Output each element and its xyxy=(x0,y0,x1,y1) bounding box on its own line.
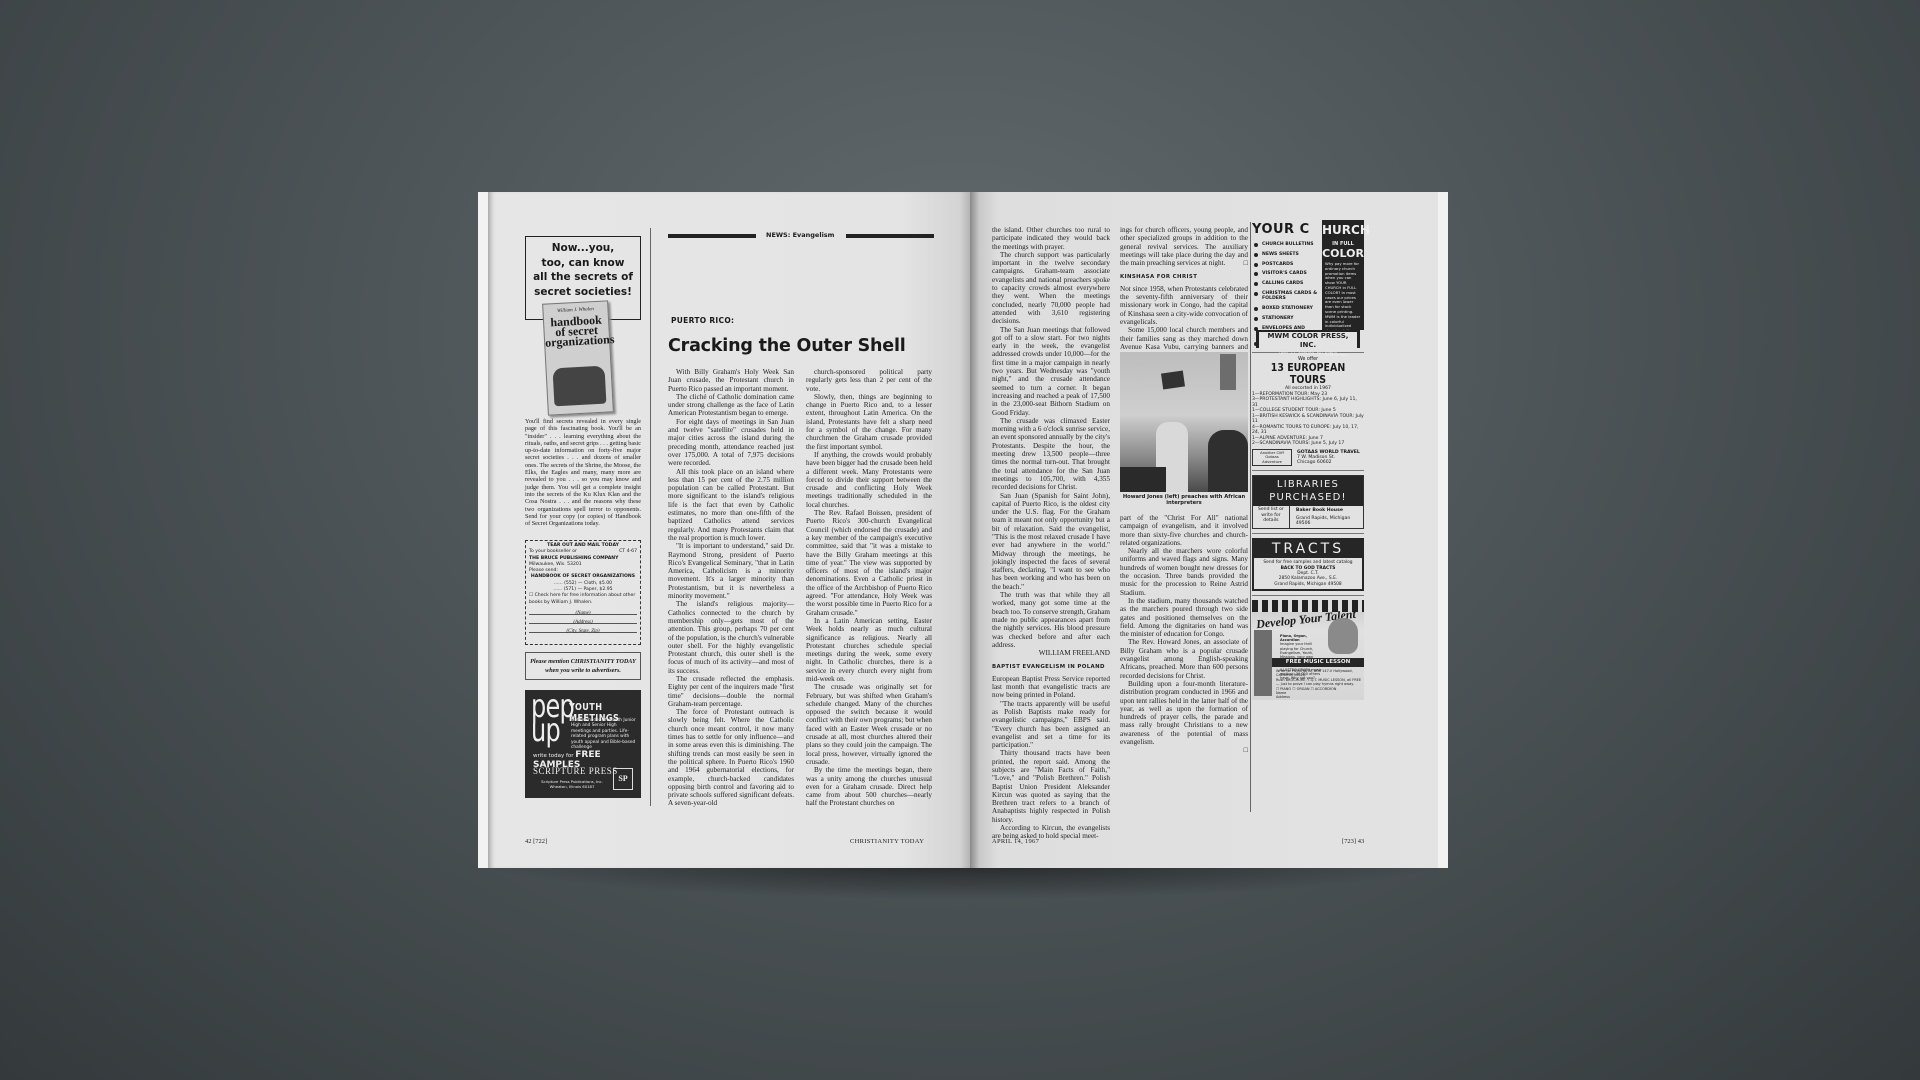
end-mark-icon: □ xyxy=(1244,746,1248,754)
ad-back-to-god-tracts: TRACTS Send for free samples and latest … xyxy=(1252,538,1364,591)
article-column-1: With Billy Graham's Holy Week San Juan c… xyxy=(668,368,794,808)
article-dateline-label: PUERTO RICO: xyxy=(671,316,734,325)
saxophone-image xyxy=(1254,630,1272,696)
coupon-city-field[interactable]: (City, State, Zip) xyxy=(529,624,637,633)
gotaas-badge: Another Cliff Gotaas Adventure xyxy=(1252,449,1292,467)
byline-signature: WILLIAM FREELAND xyxy=(992,649,1110,657)
right-column-2-bottom: part of the "Christ For All" national ca… xyxy=(1120,514,1248,755)
right-page: the island. Other churches too rural to … xyxy=(970,192,1448,868)
section-rule-right xyxy=(846,234,934,238)
scripture-press-logo-icon: SP xyxy=(613,768,633,790)
right-column-1: the island. Other churches too rural to … xyxy=(992,226,1110,841)
magazine-spread: Now...you, too, can know all the secrets… xyxy=(478,192,1446,872)
publication-name: CHRISTIANITY TODAY xyxy=(850,838,924,845)
page-number-right: [723] 43 xyxy=(1342,838,1364,845)
ad-european-tours: We offer 13 EUROPEAN TOURS All escorted … xyxy=(1252,357,1364,467)
ad-your-church-in-color: YOUR C HURCH IN FULL COLOR Why pay more … xyxy=(1252,220,1364,348)
order-coupon[interactable]: TEAR OUT AND MAIL TODAY To your booksell… xyxy=(525,540,641,645)
section-rule-left xyxy=(668,234,756,238)
ad-secret-body: You'll find secrets revealed in every si… xyxy=(525,418,641,527)
photo-caption: Howard Jones (left) preaches with Africa… xyxy=(1120,494,1248,507)
page-number-left: 42 [722] xyxy=(525,838,547,845)
herb-jahn-portrait xyxy=(1328,618,1358,654)
pep-up-logo: pepup xyxy=(531,694,574,742)
coupon-name-field[interactable]: (Name) xyxy=(529,606,637,615)
book-cover-image: William J. Whalen handbook of secret org… xyxy=(542,300,614,415)
coupon-checkbox[interactable]: ☐ Check here for free information about … xyxy=(529,593,637,606)
handshake-icon xyxy=(553,366,607,407)
column-divider xyxy=(650,228,651,806)
section-kicker: NEWS: Evangelism xyxy=(766,231,834,239)
advertiser-mention-box: Please mention CHRISTIANITY TODAY when y… xyxy=(525,652,641,680)
ad-pep-up-youth-meetings: pepup YOUTH MEETINGS Get fresh ideas for… xyxy=(525,690,641,798)
right-ads-column: YOUR C HURCH IN FULL COLOR Why pay more … xyxy=(1252,220,1364,700)
article-column-2: church-sponsored political party regular… xyxy=(806,368,932,808)
ad-secret-societies: Now...you, too, can know all the secrets… xyxy=(525,236,641,320)
end-mark-icon: □ xyxy=(1244,259,1248,267)
right-column-2-top: ings for church officers, young people, … xyxy=(1120,226,1248,359)
ad-libraries-purchased: LIBRARIESPURCHASED! Send list or write f… xyxy=(1252,475,1364,529)
left-page: Now...you, too, can know all the secrets… xyxy=(478,192,974,868)
subhead-kinshasa: KINSHASA FOR CHRIST xyxy=(1120,273,1248,281)
article-headline: Cracking the Outer Shell xyxy=(668,336,906,356)
ad-develop-your-talent: Develop Your Talent Piano, Organ, Accord… xyxy=(1252,600,1364,700)
photo-howard-jones-preaching xyxy=(1120,352,1248,492)
subhead-poland: BAPTIST EVANGELISM IN POLAND xyxy=(992,663,1110,671)
issue-date: APRIL 14, 1967 xyxy=(992,838,1039,845)
ads-divider xyxy=(1250,222,1251,812)
coupon-address-field[interactable]: (Address) xyxy=(529,615,637,624)
